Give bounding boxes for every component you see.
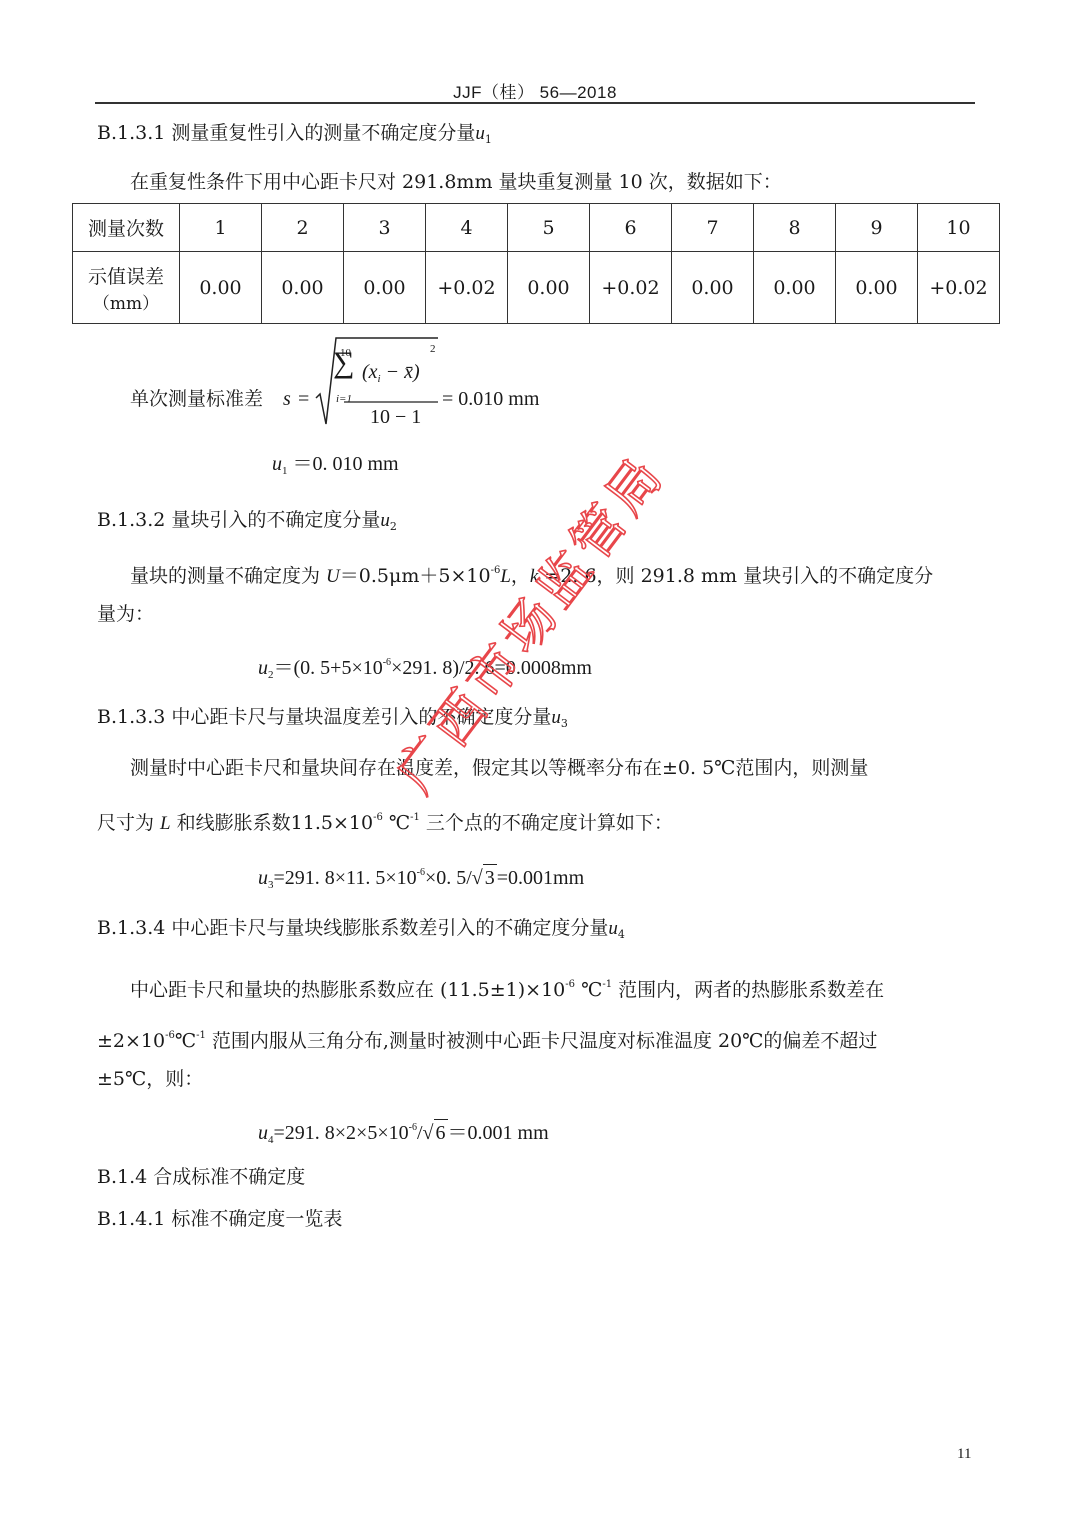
radicand: 3 xyxy=(483,864,497,891)
label-unit: （mm） xyxy=(73,289,179,314)
term-rest: − x̄) xyxy=(381,361,420,383)
text: 中心距卡尺和量块的热膨胀系数应在 (11.5±1)×10 xyxy=(130,979,565,1001)
table-cell: 10 xyxy=(918,204,1000,252)
table-header-cell: 示值误差 （mm） xyxy=(73,252,180,324)
sqrt-icon: √ xyxy=(423,1122,434,1144)
text: 和线膨胀系数11.5×10 xyxy=(171,812,373,834)
equals: = xyxy=(298,386,309,412)
watermark: 广西市场监管局 xyxy=(375,436,679,805)
table-cell: 0.00 xyxy=(262,252,344,324)
heading-text: B.1.3.1 测量重复性引入的测量不确定度分量 xyxy=(97,122,475,144)
variable: u xyxy=(380,510,390,531)
table-cell: 0.00 xyxy=(344,252,426,324)
u3-formula: u3=291. 8×11. 5×10-6×0. 5/√3=0.001mm xyxy=(258,860,584,898)
table-cell: 7 xyxy=(672,204,754,252)
exponent: -1 xyxy=(196,1030,206,1041)
table-cell: 0.00 xyxy=(754,252,836,324)
table-cell: 0.00 xyxy=(180,252,262,324)
exponent: -6 xyxy=(417,867,425,878)
radicand: 6 xyxy=(434,1119,448,1146)
table-cell: 5 xyxy=(508,204,590,252)
table-cell: 8 xyxy=(754,204,836,252)
sigma-icon: ∑ xyxy=(333,350,354,376)
subscript: 1 xyxy=(282,465,288,477)
measurement-table: 测量次数 1 2 3 4 5 6 7 8 9 10 示值误差 （mm） 0.00… xyxy=(72,203,1000,324)
header-divider xyxy=(95,102,975,104)
table-cell: +0.02 xyxy=(590,252,672,324)
term-x: (x xyxy=(362,361,378,383)
sqrt-icon: √ xyxy=(472,867,483,889)
label-line: 示值误差 xyxy=(73,262,179,289)
table-cell: 1 xyxy=(180,204,262,252)
section-heading-b1334: B.1.3.4 中心距卡尺与量块线膨胀系数差引入的不确定度分量u4 xyxy=(97,916,625,947)
expansion-paragraph-line3: ±5℃，则： xyxy=(97,1067,203,1091)
table-header-cell: 测量次数 xyxy=(73,204,180,252)
text: ×0. 5/ xyxy=(425,867,472,889)
exponent: -1 xyxy=(602,979,612,990)
exponent: -6 xyxy=(165,1030,175,1041)
intro-paragraph: 在重复性条件下用中心距卡尺对 291.8mm 量块重复测量 10 次，数据如下： xyxy=(130,170,782,194)
section-heading-b14: B.1.4 合成标准不确定度 xyxy=(97,1165,305,1189)
variable: u xyxy=(551,707,561,728)
variable: u xyxy=(608,918,618,939)
text: 范围内服从三角分布,测量时被测中心距卡尺温度对标准温度 20℃的偏差不超过 xyxy=(206,1030,878,1052)
table-cell: 0.00 xyxy=(672,252,754,324)
table-cell: 0.00 xyxy=(836,252,918,324)
exponent: -6 xyxy=(491,565,501,576)
table-cell: +0.02 xyxy=(918,252,1000,324)
expansion-paragraph-line2: ±2×10-6℃-1 范围内服从三角分布,测量时被测中心距卡尺温度对标准温度 2… xyxy=(97,1024,877,1053)
text: ±2×10 xyxy=(97,1030,165,1052)
section-heading-b141: B.1.4.1 标准不确定度一览表 xyxy=(97,1207,342,1231)
variable: U xyxy=(326,566,340,587)
variable-s: s xyxy=(283,386,291,412)
text: 三个点的不确定度计算如下： xyxy=(420,812,673,834)
text: ＝(0. 5+5×10 xyxy=(274,657,383,679)
formula-label: 单次测量标准差 xyxy=(130,386,263,412)
subscript: 1 xyxy=(485,133,492,146)
exponent: 2 xyxy=(430,336,436,362)
temperature-paragraph-cont: 尺寸为 L 和线膨胀系数11.5×10-6 ℃-1 三个点的不确定度计算如下： xyxy=(97,806,673,836)
sum-term: (xi − x̄) xyxy=(362,359,420,392)
exponent: -6 xyxy=(565,979,575,990)
document-header: JJF（桂） 56—2018 xyxy=(95,78,975,103)
text: =291. 8×11. 5×10 xyxy=(274,867,417,889)
subscript: 2 xyxy=(390,520,397,533)
exponent: -6 xyxy=(383,657,391,668)
subscript: 3 xyxy=(561,717,568,730)
variable: u xyxy=(258,657,268,679)
variable: L xyxy=(160,813,171,834)
heading-text: B.1.3.2 量块引入的不确定度分量 xyxy=(97,509,380,531)
formula-result: = 0.010 mm xyxy=(442,386,539,412)
denominator: 10 − 1 xyxy=(370,404,421,430)
exponent: -1 xyxy=(410,812,420,823)
variable: u xyxy=(258,867,268,889)
table-cell: 3 xyxy=(344,204,426,252)
value: ＝0. 010 mm xyxy=(293,453,399,475)
text: ＝0.001 mm xyxy=(448,1122,549,1144)
table-cell: +0.02 xyxy=(426,252,508,324)
table-cell: 4 xyxy=(426,204,508,252)
text: ℃ xyxy=(175,1030,196,1052)
section-heading-b1331: B.1.3.1 测量重复性引入的测量不确定度分量u1 xyxy=(97,121,492,152)
exponent: -6 xyxy=(409,1122,417,1133)
page-number: 11 xyxy=(957,1446,971,1463)
table-cell: 9 xyxy=(836,204,918,252)
exponent: -6 xyxy=(373,812,383,823)
table-cell: 0.00 xyxy=(508,252,590,324)
variable: u xyxy=(258,1122,268,1144)
table-row-counts: 测量次数 1 2 3 4 5 6 7 8 9 10 xyxy=(73,204,1000,252)
gauge-block-paragraph-cont: 量为： xyxy=(97,602,154,626)
u4-formula: u4=291. 8×2×5×10-6/√6＝0.001 mm xyxy=(258,1115,549,1153)
text: 范围内，两者的热膨胀系数差在 xyxy=(612,979,884,1001)
temperature-paragraph: 测量时中心距卡尺和量块间存在温度差，假定其以等概率分布在±0. 5℃范围内，则测… xyxy=(130,756,868,780)
variable: u xyxy=(475,123,485,144)
text: 量块的测量不确定度为 xyxy=(130,565,326,587)
text: ＝0.5μm＋5×10 xyxy=(340,565,491,587)
u1-result: u1 ＝0. 010 mm xyxy=(272,451,399,484)
text: ℃ xyxy=(383,812,410,834)
sum-lower: i=1 xyxy=(336,386,352,412)
subscript: 4 xyxy=(618,928,625,941)
table-row-errors: 示值误差 （mm） 0.00 0.00 0.00 +0.02 0.00 +0.0… xyxy=(73,252,1000,324)
section-heading-b1332: B.1.3.2 量块引入的不确定度分量u2 xyxy=(97,508,397,539)
text: 尺寸为 xyxy=(97,812,160,834)
table-cell: 6 xyxy=(590,204,672,252)
text: =0.001mm xyxy=(497,867,584,889)
text: =291. 8×2×5×10 xyxy=(274,1122,409,1144)
table-cell: 2 xyxy=(262,204,344,252)
text: ℃ xyxy=(575,979,602,1001)
variable: u xyxy=(272,453,282,475)
heading-text: B.1.3.4 中心距卡尺与量块线膨胀系数差引入的不确定度分量 xyxy=(97,917,608,939)
expansion-paragraph: 中心距卡尺和量块的热膨胀系数应在 (11.5±1)×10-6 ℃-1 范围内，两… xyxy=(130,973,884,1002)
